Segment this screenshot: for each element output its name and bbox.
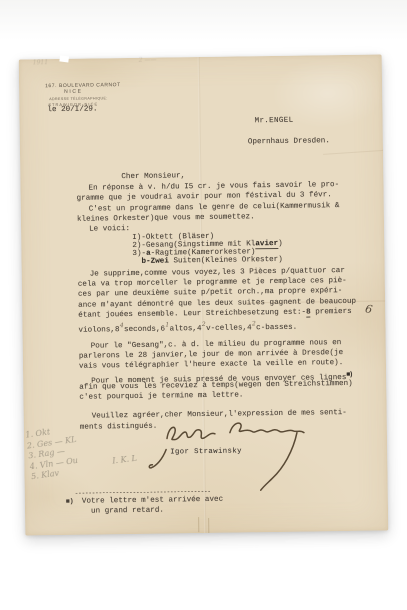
footnote-marker: ■) (66, 497, 74, 506)
recipient-name: Mr.ENGEL (255, 117, 294, 127)
pencil-note-top-mid: 2 —— (139, 57, 157, 64)
footnote-reference-mark: ■) (346, 371, 352, 378)
body-line: c'est pourquoi je termine ma lettre. (79, 391, 243, 402)
count-text: c-basses. (256, 324, 297, 333)
program-item-4: b-Zwei Suiten(Kleines Orkester) (141, 256, 282, 267)
auction-photo-of-letter: 1911 2 —— 167. BOULEVARD CARNOT NICE ADR… (0, 0, 407, 610)
body-line: C'est un programme dans le genre de celu… (89, 202, 340, 214)
letterhead-city: NICE (64, 89, 82, 95)
pencil-note-ikl: I. K. L (112, 454, 138, 466)
program-item-2-emphasis: avier (255, 240, 278, 249)
body-line: Le voici: (89, 225, 130, 235)
letterhead-telegraph-label: ADRESSE TÉLÉGRAPHIQUE: (49, 96, 108, 101)
strings-text-end: premiers (311, 308, 352, 317)
pencil-margin-program-list: 1. Okt 2. Ges — KL 3. Rag — 4. Vln — Ou … (25, 424, 81, 483)
program-item-4-rest: Suiten(Kleines Orkester) (169, 256, 283, 266)
program-item-4-emphasis: b-Zwei (141, 257, 168, 265)
paper-edge-nick (59, 55, 69, 62)
program-item-2-close: ) (278, 240, 283, 248)
body-line: kleines Orkester)que vous me soumettez. (77, 213, 255, 224)
letter-paper: 1911 2 —— 167. BOULEVARD CARNOT NICE ADR… (19, 54, 389, 535)
pencil-note-top-left: 1911 (33, 59, 48, 66)
program-item-3-text: 3)- (132, 250, 146, 258)
letter-date: le 20/I/29. (47, 105, 97, 115)
salutation: Cher Monsieur, (121, 172, 185, 182)
count-text: v-celles,4 (206, 324, 252, 333)
handwritten-margin-six: 6 (364, 302, 373, 316)
handwritten-correction: 2 (201, 320, 206, 329)
small-edge-crease (323, 150, 383, 155)
footnote-line: un grand retard. (91, 507, 164, 517)
handwritten-correction: 2 (252, 319, 257, 328)
count-text: seconds,6 (124, 326, 165, 335)
letterhead-street: 167. BOULEVARD CARNOT (45, 82, 121, 89)
count-text: violons,8 (78, 326, 119, 335)
typed-signature-name: Igor Strawinsky (170, 447, 242, 456)
handwritten-correction: 1 (165, 320, 170, 329)
recipient-address: Opernhaus Dresden. (248, 137, 330, 147)
handwritten-correction: 4 (119, 321, 124, 330)
body-line-string-counts: violons,84seconds,61altos,42v-celles,42c… (78, 319, 297, 336)
count-text: altos,4 (170, 325, 202, 333)
